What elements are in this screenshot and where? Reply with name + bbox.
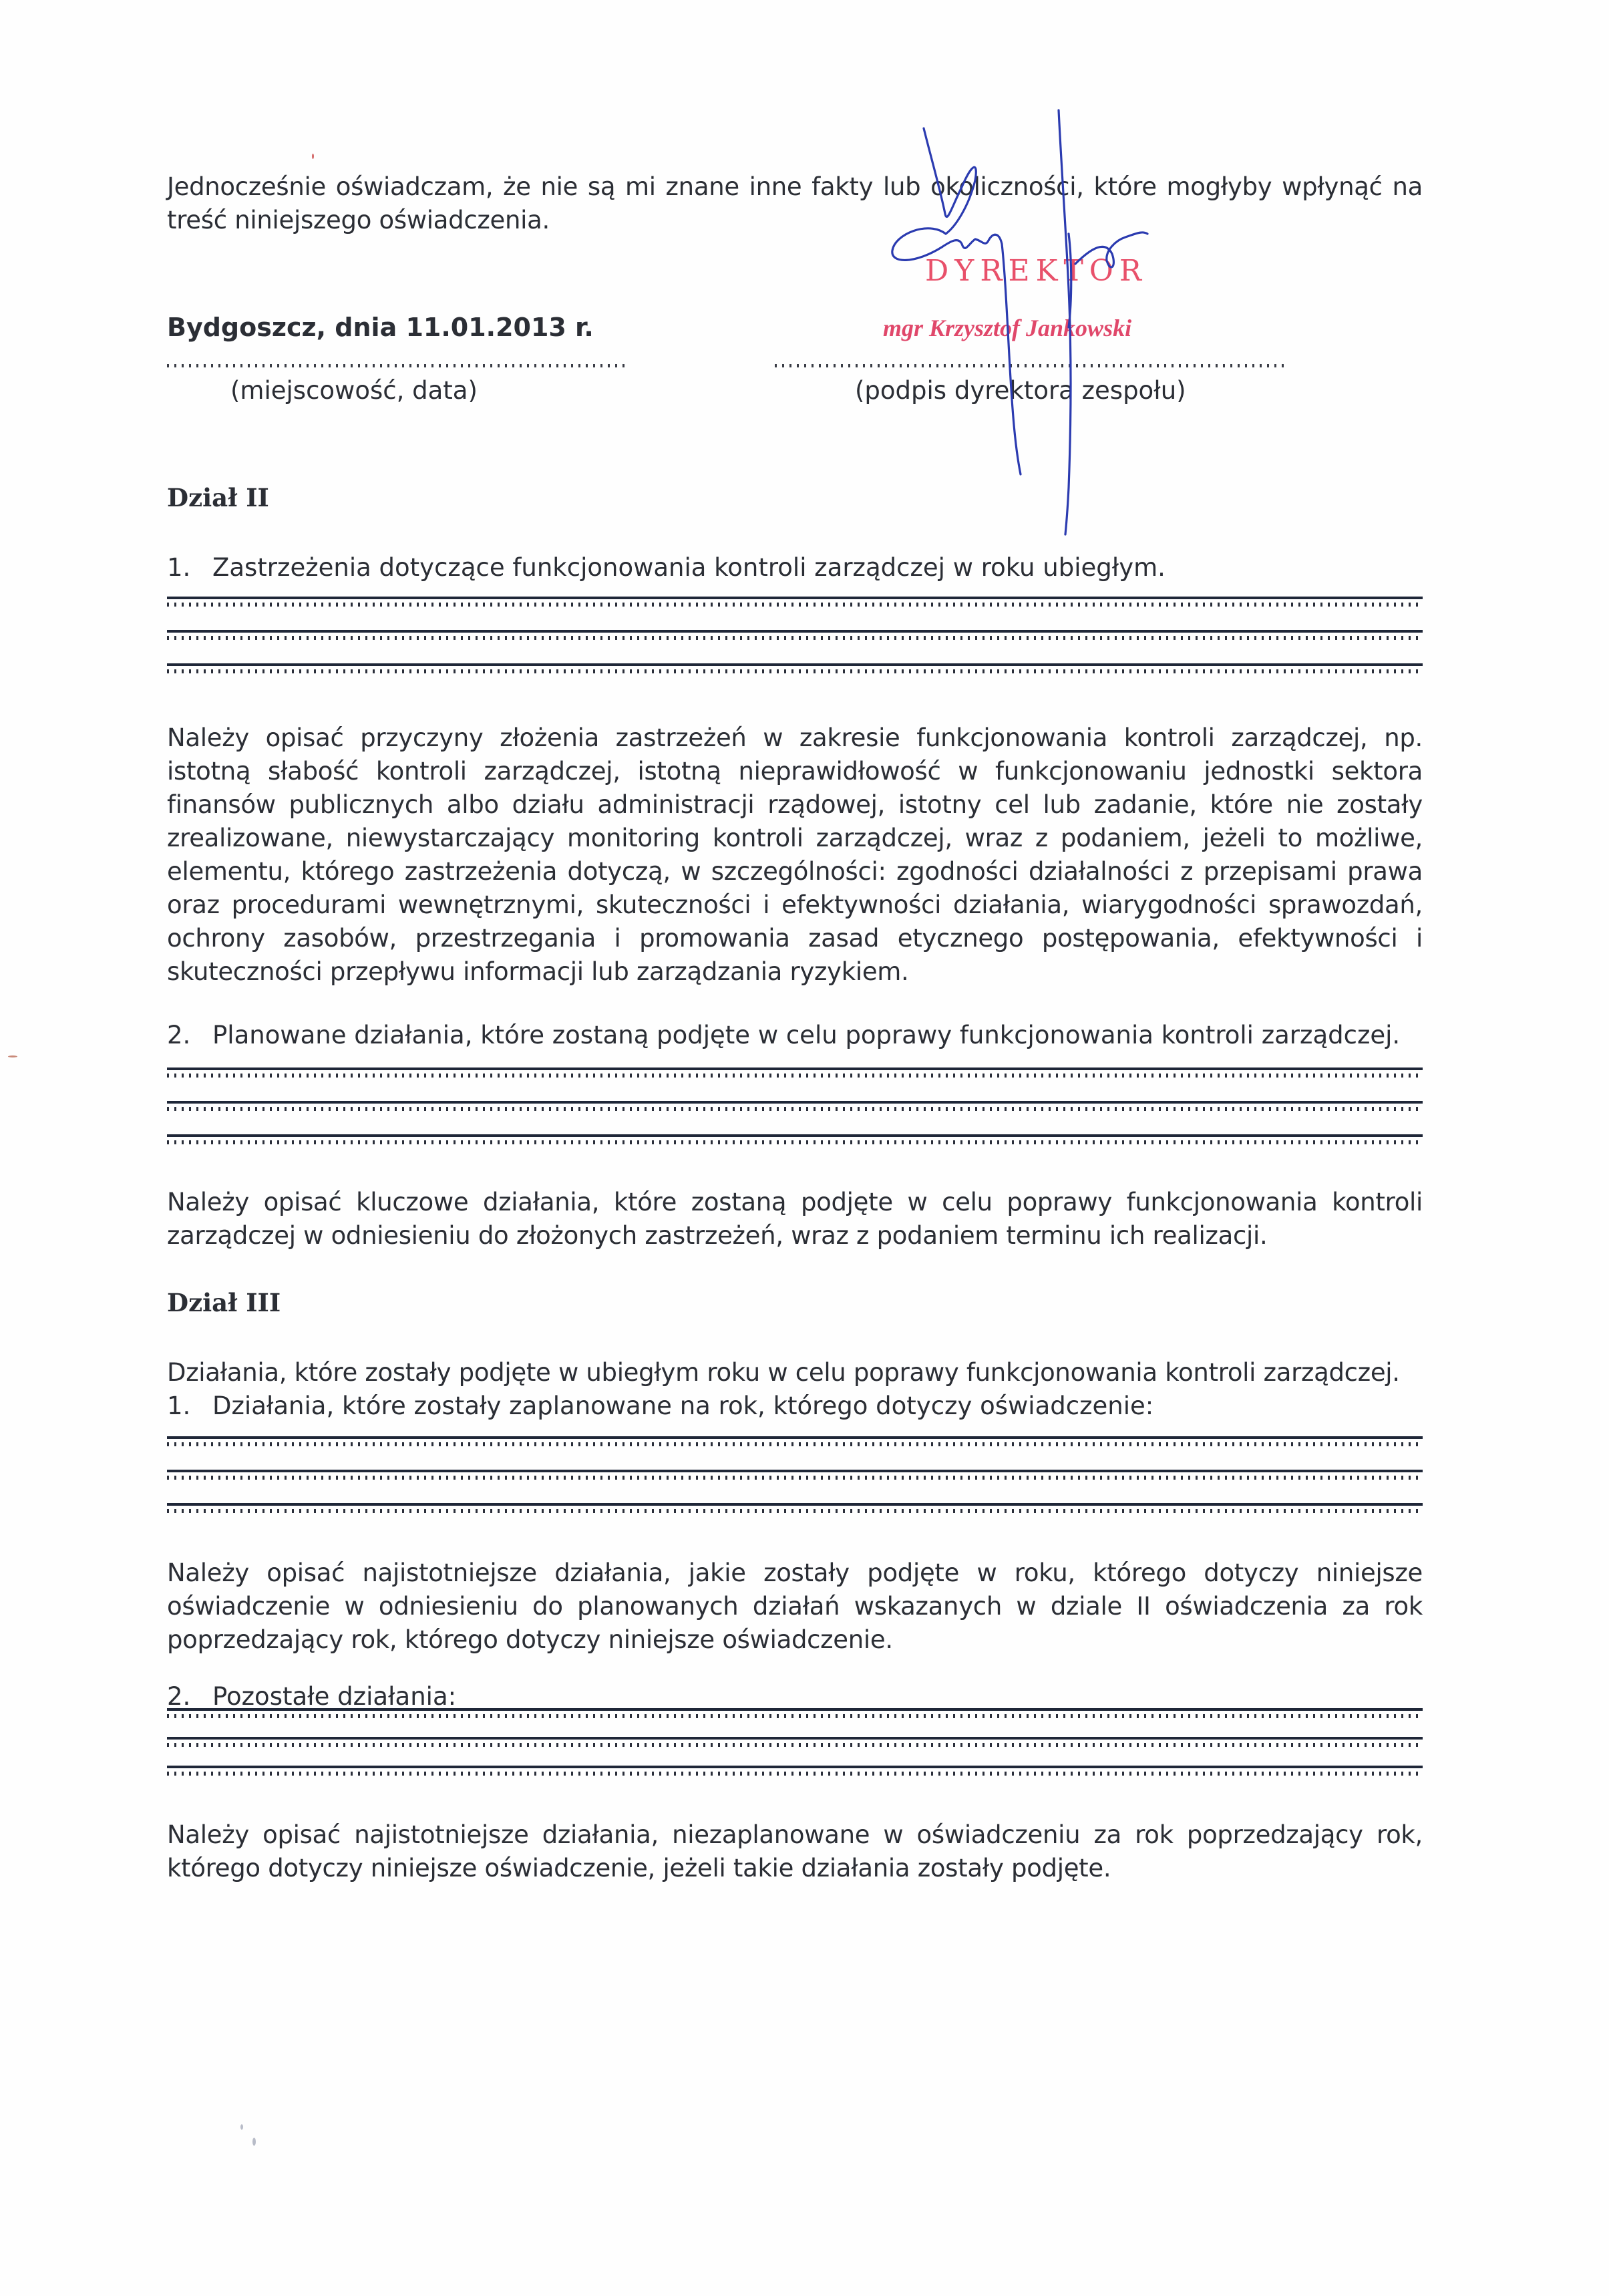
scanned-document-page: Jednocześnie oświadczam, że nie są mi zn…: [0, 0, 1609, 2296]
section-2-heading: Dział II: [167, 481, 269, 514]
fill-line-3-2-a[interactable]: [167, 1708, 1423, 1723]
fill-line-2-2-b[interactable]: [167, 1101, 1423, 1116]
section-3-item-1: 1.Działania, które zostały zaplanowane n…: [167, 1389, 1153, 1423]
fill-line-2-1-c[interactable]: [167, 663, 1423, 678]
fill-line-3-1-b[interactable]: [167, 1470, 1423, 1484]
item-label: Planowane działania, które zostaną podję…: [212, 1021, 1400, 1049]
fill-line-2-2-a[interactable]: [167, 1068, 1423, 1082]
signature-caption: (podpis dyrektora zespołu): [855, 374, 1186, 407]
section-2-item-1: 1.Zastrzeżenia dotyczące funkcjonowania …: [167, 551, 1166, 585]
scan-speck: [252, 2138, 256, 2146]
scan-mark: [312, 154, 314, 159]
director-stamp-name: mgr Krzysztof Jankowski: [883, 314, 1131, 342]
scan-speck: [240, 2124, 243, 2130]
item-number: 1.: [167, 551, 212, 585]
section-2-item-2: 2.Planowane działania, które zostaną pod…: [167, 1019, 1400, 1052]
item-number: 2.: [167, 1019, 212, 1052]
section-3-item-1-instruction: Należy opisać najistotniejsze działania,…: [167, 1556, 1423, 1657]
fill-line-2-1-a[interactable]: [167, 597, 1423, 611]
section-3-intro: Działania, które zostały podjęte w ubieg…: [167, 1356, 1423, 1389]
fill-line-3-2-b[interactable]: [167, 1737, 1423, 1752]
item-label: Pozostałe działania:: [212, 1682, 456, 1711]
item-label: Zastrzeżenia dotyczące funkcjonowania ko…: [212, 553, 1166, 582]
section-2-item-2-instruction: Należy opisać kluczowe działania, które …: [167, 1186, 1423, 1253]
scan-mark: [8, 1055, 17, 1057]
director-stamp-title: DYREKTOR: [925, 254, 1147, 288]
fill-line-3-1-a[interactable]: [167, 1436, 1423, 1451]
place-date: Bydgoszcz, dnia 11.01.2013 r.: [167, 311, 594, 344]
fill-line-2-1-b[interactable]: [167, 630, 1423, 645]
section-2-item-1-instruction: Należy opisać przyczyny złożenia zastrze…: [167, 721, 1423, 989]
fill-line-3-2-c[interactable]: [167, 1766, 1423, 1780]
section-3-item-2-instruction: Należy opisać najistotniejsze działania,…: [167, 1818, 1423, 1885]
fill-line-2-2-c[interactable]: [167, 1134, 1423, 1149]
declaration-paragraph: Jednocześnie oświadczam, że nie są mi zn…: [167, 170, 1423, 237]
place-date-caption: (miejscowość, data): [230, 374, 478, 407]
item-number: 1.: [167, 1389, 212, 1423]
item-label: Działania, które zostały zaplanowane na …: [212, 1391, 1153, 1420]
signature-dotted-line: [775, 364, 1289, 367]
section-3-heading: Dział III: [167, 1286, 281, 1319]
place-date-dotted-line: [167, 364, 628, 367]
fill-line-3-1-c[interactable]: [167, 1503, 1423, 1518]
